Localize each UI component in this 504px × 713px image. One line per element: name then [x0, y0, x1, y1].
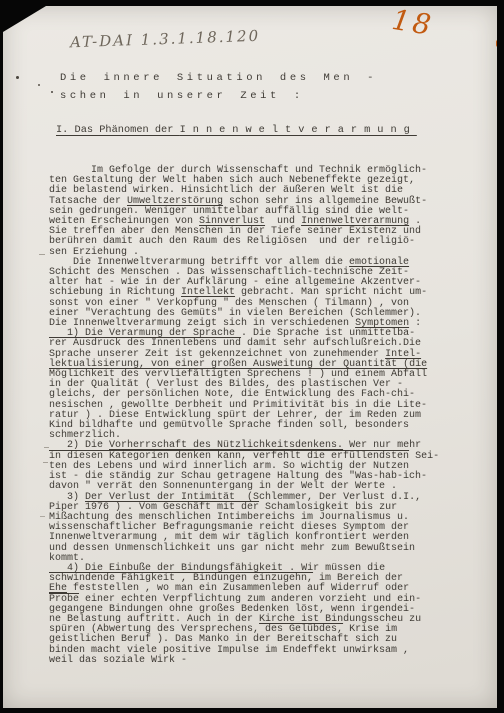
- pencil-mark: [43, 462, 48, 463]
- document-body: Im Gefolge der durch Wissenschaft und Te…: [49, 166, 469, 666]
- text-line: und dessen Unmenschlichkeit uns gar nich…: [49, 544, 469, 554]
- text-line: weil das soziale Wirk -: [49, 656, 469, 666]
- pencil-mark: [40, 516, 45, 517]
- page-number-annotation: 18: [390, 3, 436, 42]
- ink-speck: [38, 84, 40, 86]
- text-segment: Sei-: [409, 451, 439, 462]
- section-heading: I. Das Phänomen der Innenweltverarmung: [56, 124, 417, 136]
- heading-spaced-text: Innenweltverarmung: [180, 124, 417, 136]
- scanned-page: AT-DAI 1.3.1.18.120 18 Die innere Situat…: [0, 0, 504, 713]
- pencil-mark: [39, 254, 45, 255]
- title-line-1: Die innere Situation des Men -: [60, 70, 377, 88]
- title-line-2: schen in unserer Zeit :: [60, 88, 377, 106]
- ink-speck: [51, 91, 53, 93]
- document-title: Die innere Situation des Men - schen in …: [60, 70, 377, 105]
- heading-prefix-text: I. Das Phänomen der: [56, 124, 180, 136]
- text-segment: und dessen Unmenschlichkeit uns gar nich…: [49, 543, 415, 554]
- ink-speck: [16, 76, 19, 79]
- text-segment: weil das soziale Wirk -: [49, 655, 187, 666]
- ink-speck: [496, 40, 500, 47]
